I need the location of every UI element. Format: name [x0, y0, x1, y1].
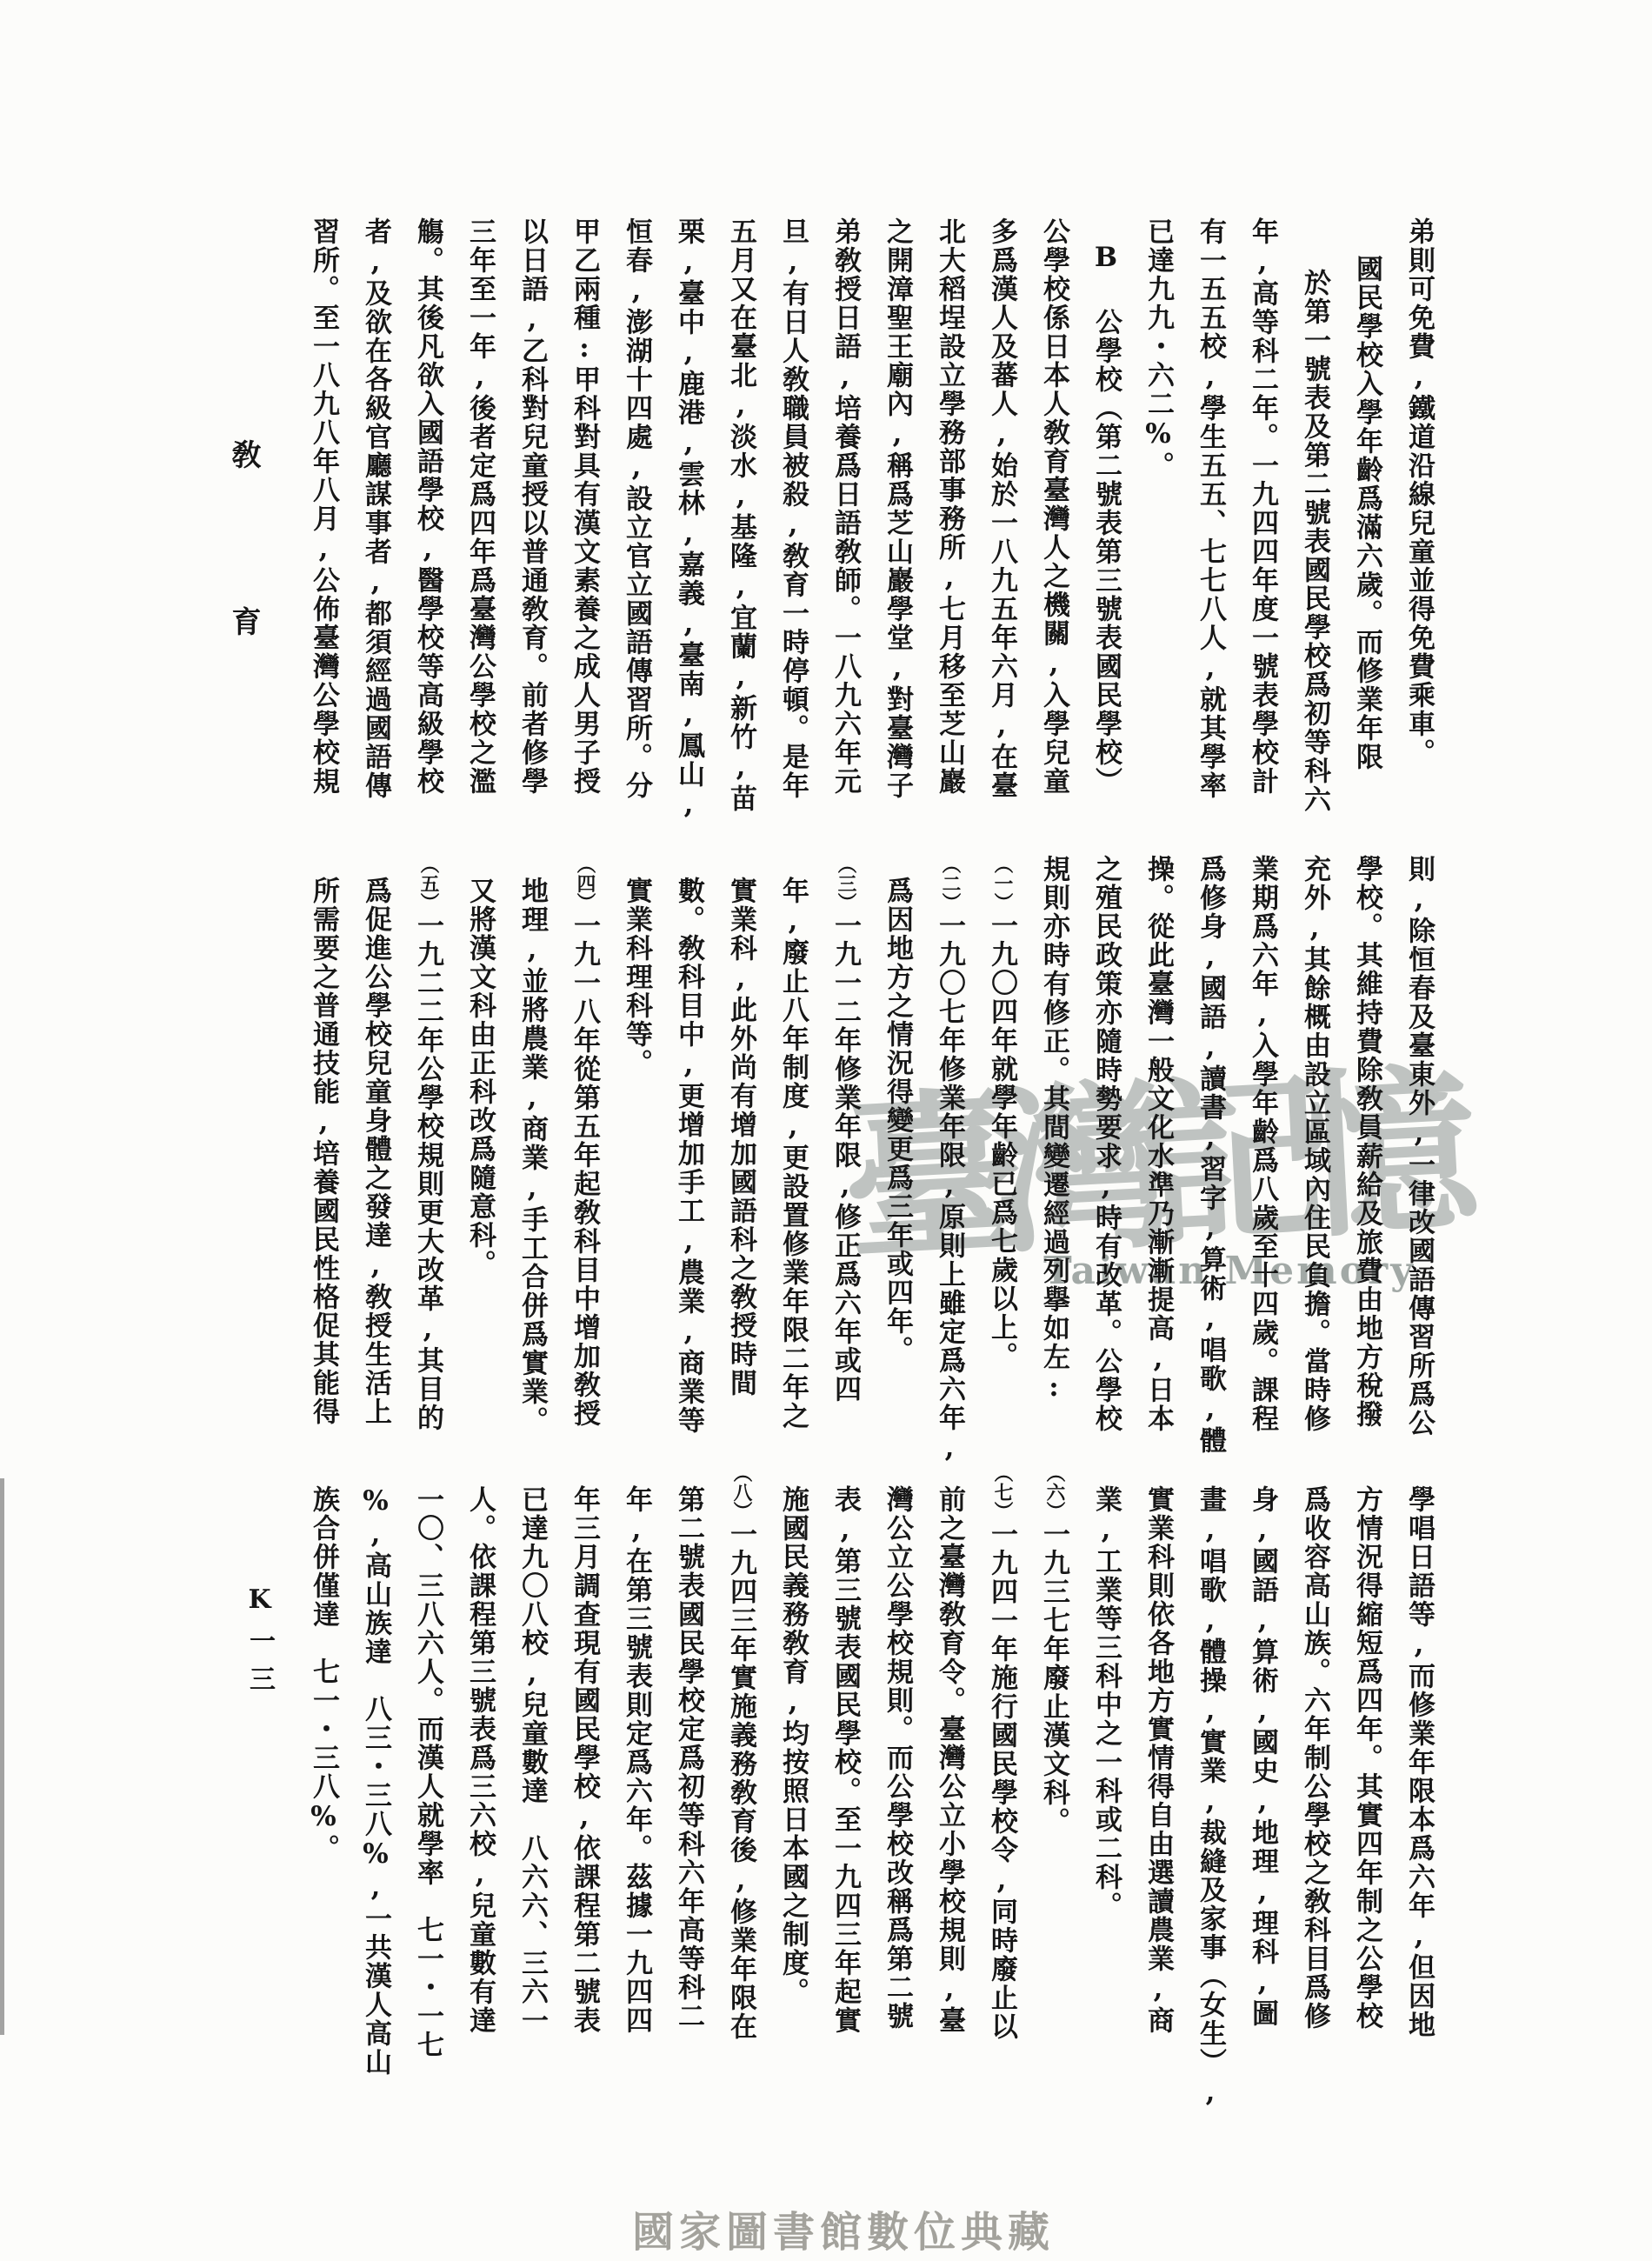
column-text: 爲因地方之情況得變更爲三年或四年。 — [882, 877, 913, 1364]
text-column: 公學校係日本人敎育臺灣人之機關,入學兒童 — [1028, 217, 1080, 847]
column-text: 習所。至一八九八年八月,公佈臺灣公學校規 — [308, 217, 339, 796]
column-text: 又將漢文科由正科改爲隨意科。 — [464, 877, 496, 1278]
column-text: 甲乙兩種:甲科對具有漢文素養之成人男子授 — [569, 217, 600, 796]
column-text: 第二號表國民學校定爲初等科六年高等科二 — [673, 1485, 704, 2031]
text-column: 一〇、三八六人。而漢人就學率 七一・一七 — [402, 1464, 454, 2107]
text-column: B 公學校︵第二號表第三號表國民學校︶ — [1080, 217, 1132, 847]
text-column: 充外,其餘概由設立區域內住民負擔。當時修 — [1289, 855, 1341, 1450]
text-column: 數。敎科目中,更增加手工,農業,商業等 — [663, 855, 715, 1450]
column-text: 已達九九・六二%。 — [1142, 217, 1174, 480]
column-text: 弟敎授日語,培養爲日語敎師。一八九六年元 — [829, 217, 861, 796]
text-column: 畫,唱歌,體操,實業,裁縫及家事︵女生︶, — [1184, 1464, 1236, 2107]
text-column: 又將漢文科由正科改爲隨意科。 — [454, 855, 506, 1450]
text-column: 甲乙兩種:甲科對具有漢文素養之成人男子授 — [558, 217, 610, 847]
text-column: 規則亦時有修正。其間變遷經過列擧如左: — [1028, 855, 1080, 1450]
column-text: 地理,並將農業,商業,手工合併爲實業。 — [516, 877, 548, 1435]
column-text: 施國民義務敎育,均按照日本國之制度。 — [777, 1485, 809, 2006]
text-column: 實業科則依各地方實情得自由選讀農業,商 — [1132, 1464, 1184, 2107]
text-column: 已達九〇八校,兒童數達 八六六、三六一 — [506, 1464, 558, 2107]
column-text: 以日語,乙科對兒童授以普通敎育。前者修學 — [516, 217, 548, 796]
text-column: 業期爲六年,入學年齡爲八歲至十四歲。課程 — [1236, 855, 1289, 1450]
text-column: 旦,有日人敎職員被殺,敎育一時停頓。是年 — [767, 217, 819, 847]
column-text: 一九三七年廢止漢文科。 — [1038, 1520, 1069, 1836]
column-text: 所需要之普通技能,培養國民性格促其能得 — [308, 877, 339, 1426]
column-text: 者,及欲在各級官廳謀事者,都須經過國語傳 — [360, 217, 391, 800]
column-text: %,高山族達 八三・三八%,一共漢人高山 — [360, 1485, 391, 2077]
text-column: 栗,臺中,鹿港,雲林,嘉義,臺南,鳳山, — [663, 217, 715, 847]
text-column: 習所。至一八九八年八月,公佈臺灣公學校規 — [297, 217, 350, 847]
text-column: 年,高等科二年。一九四四年度一號表學校計 — [1236, 217, 1289, 847]
column-text: 旦,有日人敎職員被殺,敎育一時停頓。是年 — [777, 217, 809, 800]
text-column: 之開漳聖王廟內,稱爲芝山巖學堂,對臺灣子 — [871, 217, 923, 847]
column-text: 國民學校入學年齡爲滿六歲。而修業年限 — [1351, 255, 1382, 771]
column-text: 充外,其餘概由設立區域內住民負擔。當時修 — [1299, 855, 1330, 1433]
text-column: 觴。其後凡欲入國語學校,醫學校等高級學校 — [402, 217, 454, 847]
text-column: 學校。其維持費除敎員薪給及旅費由地方稅撥 — [1341, 855, 1393, 1450]
text-column: 灣公立公學校規則。而公學校改稱爲第二號 — [871, 1464, 923, 2107]
text-column: 爲修身,國語,讀書,習字,算術,唱歌,體 — [1184, 855, 1236, 1450]
item-number: ︵八︶ — [730, 1464, 752, 1520]
text-column: 北大稻埕設立學務部事務所,七月移至芝山巖 — [923, 217, 976, 847]
text-column: 地理,並將農業,商業,手工合併爲實業。 — [506, 855, 558, 1450]
text-column: 者,及欲在各級官廳謀事者,都須經過國語傳 — [350, 217, 402, 847]
text-column: 三年至一年,後者定爲四年爲臺灣公學校之濫 — [454, 217, 506, 847]
text-column: ︵四︶一九一八年從第五年起敎科目中增加敎授 — [558, 855, 610, 1450]
text-column: 爲收容高山族。六年制公學校之敎科目爲修 — [1289, 1464, 1341, 2107]
page-number: K一三 — [240, 1584, 278, 1704]
text-column: 身,國語,算術,國史,地理,理科,圖 — [1236, 1464, 1289, 2107]
text-column: 五月又在臺北,淡水,基隆,宜蘭,新竹,苗 — [715, 217, 767, 847]
column-text: 於第一號表及第二號表國民學校爲初等科六 — [1299, 269, 1330, 814]
text-column: 有一五五校,學生五五、七七八人,就其學率 — [1184, 217, 1236, 847]
item-number: ︵三︶ — [835, 855, 856, 911]
column-text: 學唱日語等,而修業年限本爲六年,但因地 — [1403, 1485, 1435, 2039]
column-text: 五月又在臺北,淡水,基隆,宜蘭,新竹,苗 — [725, 217, 756, 813]
column-text: 栗,臺中,鹿港,雲林,嘉義,臺南,鳳山, — [673, 217, 704, 822]
footer-digital-archive-caption: 國家圖書館數位典藏 — [632, 2198, 1055, 2258]
text-column: 已達九九・六二%。 — [1132, 217, 1184, 847]
text-column: 年,在第三號表則定爲六年。茲據一九四四 — [610, 1464, 663, 2107]
text-column: 弟則可免費,鐵道沿線兒童並得免費乘車。 — [1393, 217, 1445, 847]
item-number: ︵四︶ — [574, 855, 596, 911]
column-text: 灣公立公學校規則。而公學校改稱爲第二號 — [882, 1485, 913, 2031]
column-text: 年,廢止八年制度,更設置修業年限二年之 — [777, 877, 809, 1431]
text-column: ︵三︶一九一二年修業年限,修正爲六年或四 — [819, 855, 871, 1450]
text-column: ︵八︶一九四三年實施義務敎育後,修業年限在 — [715, 1464, 767, 2107]
text-column: 前之臺灣敎育令。臺灣公立小學校規則,臺 — [923, 1464, 976, 2107]
text-column: %,高山族達 八三・三八%,一共漢人高山 — [350, 1464, 402, 2107]
column-text: 實業科理科等。 — [621, 877, 652, 1077]
text-column: 爲促進公學校兒童身體之發達,敎授生活上 — [350, 855, 402, 1450]
text-column: 年三月調查現有國民學校,依課程第二號表 — [558, 1464, 610, 2107]
text-column: 方情況得縮短爲四年。其實四年制之公學校 — [1341, 1464, 1393, 2107]
text-column: 施國民義務敎育,均按照日本國之制度。 — [767, 1464, 819, 2107]
item-number: ︵一︶ — [991, 855, 1013, 911]
text-column: 人。依課程第三號表爲三六校,兒童數有達 — [454, 1464, 506, 2107]
column-text: 恒春,澎湖十四處,設立官立國語傳習所。分 — [621, 217, 652, 800]
column-text: 之開漳聖王廟內,稱爲芝山巖學堂,對臺灣子 — [882, 217, 913, 800]
item-number: ︵五︶ — [417, 855, 439, 911]
column-text: 業,工業等三科中之一科或二科。 — [1090, 1485, 1122, 1920]
column-text: 觴。其後凡欲入國語學校,醫學校等高級學校 — [412, 217, 443, 796]
text-band-bottom: 學唱日語等,而修業年限本爲六年,但因地方情況得縮短爲四年。其實四年制之公學校爲收… — [297, 1464, 1445, 2107]
column-text: 一九四一年施行國民學校令,同時廢止以 — [986, 1520, 1017, 2041]
text-column: 實業科理科等。 — [610, 855, 663, 1450]
column-text: 爲修身,國語,讀書,習字,算術,唱歌,體 — [1195, 855, 1226, 1455]
column-text: 操。從此臺灣一般文化水準乃漸漸提高,日本 — [1142, 855, 1174, 1433]
text-column: 爲因地方之情況得變更爲三年或四年。 — [871, 855, 923, 1450]
text-band-top: 弟則可免費,鐵道沿線兒童並得免費乘車。國民學校入學年齡爲滿六歲。而修業年限於第一… — [297, 217, 1445, 847]
text-column: 操。從此臺灣一般文化水準乃漸漸提高,日本 — [1132, 855, 1184, 1450]
text-column: 之殖民政策亦隨時勢要求,時有改革。公學校 — [1080, 855, 1132, 1450]
scan-edge-artifact — [0, 1478, 4, 2035]
column-text: 數。敎科目中,更增加手工,農業,商業等 — [673, 877, 704, 1435]
column-text: 爲促進公學校兒童身體之發達,敎授生活上 — [360, 877, 391, 1426]
column-text: 前之臺灣敎育令。臺灣公立小學校規則,臺 — [934, 1485, 965, 2035]
text-column: ︵七︶一九四一年施行國民學校令,同時廢止以 — [976, 1464, 1028, 2107]
item-number: ︵六︶ — [1043, 1464, 1065, 1520]
column-text: 年三月調查現有國民學校,依課程第二號表 — [569, 1485, 600, 2035]
column-text: 一九〇七年修業年限,原則上雖定爲六年, — [934, 911, 965, 1465]
text-column: 第二號表國民學校定爲初等科六年高等科二 — [663, 1464, 715, 2107]
text-column: 國民學校入學年齡爲滿六歲。而修業年限 — [1341, 217, 1393, 847]
column-text: 畫,唱歌,體操,實業,裁縫及家事︵女生︶, — [1195, 1485, 1226, 2110]
text-column: ︵六︶一九三七年廢止漢文科。 — [1028, 1464, 1080, 2107]
column-text: 族合併僅達 七一・三八%。 — [308, 1485, 339, 1863]
column-text: 規則亦時有修正。其間變遷經過列擧如左: — [1038, 855, 1069, 1404]
text-column: 業,工業等三科中之一科或二科。 — [1080, 1464, 1132, 2107]
column-text: 一九二二年公學校規則更大改革,其目的 — [412, 911, 443, 1432]
column-text: B 公學校︵第二號表第三號表國民學校︶ — [1090, 242, 1122, 796]
column-text: 有一五五校,學生五五、七七八人,就其學率 — [1195, 217, 1226, 800]
text-band-middle: 則,除恒春及臺東外,一律改國語傳習所爲公學校。其維持費除敎員薪給及旅費由地方稅撥… — [297, 855, 1445, 1450]
text-column: 表,第三號表國民學校。至一九四三年起實 — [819, 1464, 871, 2107]
column-text: 年,高等科二年。一九四四年度一號表學校計 — [1247, 217, 1278, 796]
column-text: 已達九〇八校,兒童數達 八六六、三六一 — [516, 1485, 548, 2035]
text-column: ︵二︶一九〇七年修業年限,原則上雖定爲六年, — [923, 855, 976, 1450]
column-text: 三年至一年,後者定爲四年爲臺灣公學校之濫 — [464, 217, 496, 796]
column-text: 多爲漢人及蕃人,始於一八九五年六月,在臺 — [986, 217, 1017, 800]
column-text: 一〇、三八六人。而漢人就學率 七一・一七 — [412, 1485, 443, 2059]
column-text: 業期爲六年,入學年齡爲八歲至十四歲。課程 — [1247, 855, 1278, 1433]
column-text: 一九〇四年就學年齡已爲七歲以上。 — [986, 911, 1017, 1371]
item-number: ︵二︶ — [939, 855, 961, 911]
text-column: ︵一︶一九〇四年就學年齡已爲七歲以上。 — [976, 855, 1028, 1450]
text-column: 則,除恒春及臺東外,一律改國語傳習所爲公 — [1393, 855, 1445, 1450]
column-text: 爲收容高山族。六年制公學校之敎科目爲修 — [1299, 1485, 1330, 2031]
column-text: 一九四三年實施義務敎育後,修業年限在 — [725, 1520, 756, 2041]
column-text: 公學校係日本人敎育臺灣人之機關,入學兒童 — [1038, 217, 1069, 796]
column-text: 身,國語,算術,國史,地理,理科,圖 — [1247, 1485, 1278, 2028]
column-text: 則,除恒春及臺東外,一律改國語傳習所爲公 — [1403, 855, 1435, 1437]
text-column: 於第一號表及第二號表國民學校爲初等科六 — [1289, 217, 1341, 847]
column-text: 一九一二年修業年限,修正爲六年或四 — [829, 911, 861, 1404]
column-text: 學校。其維持費除敎員薪給及旅費由地方稅撥 — [1351, 855, 1382, 1429]
text-column: 族合併僅達 七一・三八%。 — [297, 1464, 350, 2107]
column-text: 年,在第三號表則定爲六年。茲據一九四四 — [621, 1485, 652, 2035]
text-column: 弟敎授日語,培養爲日語敎師。一八九六年元 — [819, 217, 871, 847]
column-text: 弟則可免費,鐵道沿線兒童並得免費乘車。 — [1403, 217, 1435, 767]
text-column: 多爲漢人及蕃人,始於一八九五年六月,在臺 — [976, 217, 1028, 847]
running-head-chapter-title: 敎育 — [223, 439, 265, 773]
text-column: 所需要之普通技能,培養國民性格促其能得 — [297, 855, 350, 1450]
text-column: 實業科,此外尚有增加國語科之敎授時間 — [715, 855, 767, 1450]
column-text: 一九一八年從第五年起敎科目中增加敎授 — [569, 911, 600, 1428]
text-column: ︵五︶一九二二年公學校規則更大改革,其目的 — [402, 855, 454, 1450]
column-text: 之殖民政策亦隨時勢要求,時有改革。公學校 — [1090, 855, 1122, 1433]
text-column: 學唱日語等,而修業年限本爲六年,但因地 — [1393, 1464, 1445, 2107]
column-text: 實業科,此外尚有增加國語科之敎授時間 — [725, 877, 756, 1397]
text-column: 以日語,乙科對兒童授以普通敎育。前者修學 — [506, 217, 558, 847]
text-column: 恒春,澎湖十四處,設立官立國語傳習所。分 — [610, 217, 663, 847]
column-text: 表,第三號表國民學校。至一九四三年起實 — [829, 1485, 861, 2035]
item-number: ︵七︶ — [991, 1464, 1013, 1520]
column-text: 實業科則依各地方實情得自由選讀農業,商 — [1142, 1485, 1174, 2035]
column-text: 人。依課程第三號表爲三六校,兒童數有達 — [464, 1485, 496, 2035]
text-column: 年,廢止八年制度,更設置修業年限二年之 — [767, 855, 819, 1450]
column-text: 方情況得縮短爲四年。其實四年制之公學校 — [1351, 1485, 1382, 2031]
column-text: 北大稻埕設立學務部事務所,七月移至芝山巖 — [934, 217, 965, 796]
